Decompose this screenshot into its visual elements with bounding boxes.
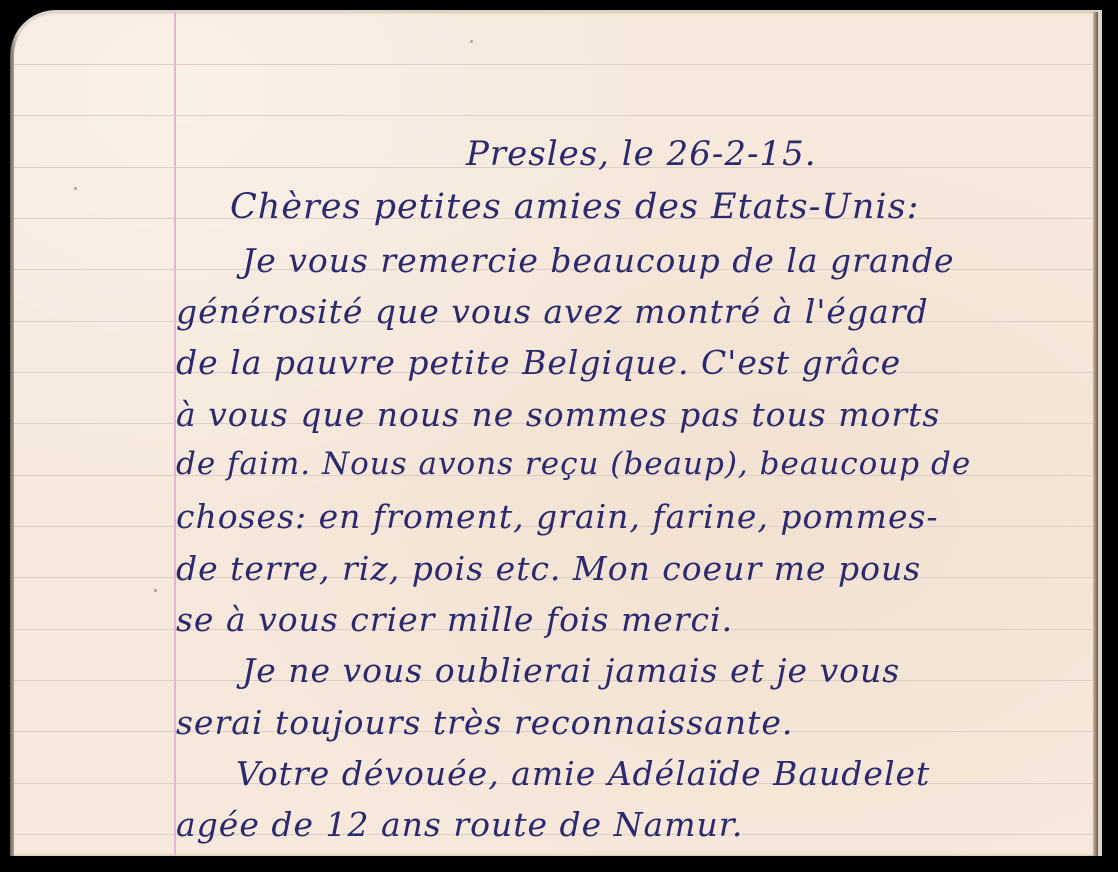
letter-line: serai toujours très reconnaissante. xyxy=(176,706,793,739)
notebook-page: Presles, le 26-2-15. Chères petites amie… xyxy=(14,12,1098,856)
letter-line: de la pauvre petite Belgique. C'est grâc… xyxy=(176,346,901,379)
letter-line: à vous que nous ne sommes pas tous morts xyxy=(176,398,940,431)
letter-line: choses: en froment, grain, farine, pomme… xyxy=(176,500,939,533)
closing-signature: Votre dévouée, amie Adélaïde Baudelet xyxy=(236,757,930,790)
letter-line: Je ne vous oublierai jamais et je vous xyxy=(242,654,900,687)
signature-detail: agée de 12 ans route de Namur. xyxy=(176,808,743,841)
letter-line: de faim. Nous avons reçu (beaup), beauco… xyxy=(176,449,971,480)
letter-line: de terre, riz, pois etc. Mon coeur me po… xyxy=(176,552,921,585)
salutation: Chères petites amies des Etats-Unis: xyxy=(230,190,919,225)
scan-frame: Presles, le 26-2-15. Chères petites amie… xyxy=(0,0,1118,872)
page-right-edge xyxy=(1093,12,1098,856)
letter-line: générosité que vous avez montré à l'égar… xyxy=(176,295,929,328)
letter-body: Presles, le 26-2-15. Chères petites amie… xyxy=(14,12,1098,856)
letter-line: se à vous crier mille fois merci. xyxy=(176,603,733,636)
letter-line: Je vous remercie beaucoup de la grande xyxy=(242,244,955,277)
place-date: Presles, le 26-2-15. xyxy=(466,137,817,171)
